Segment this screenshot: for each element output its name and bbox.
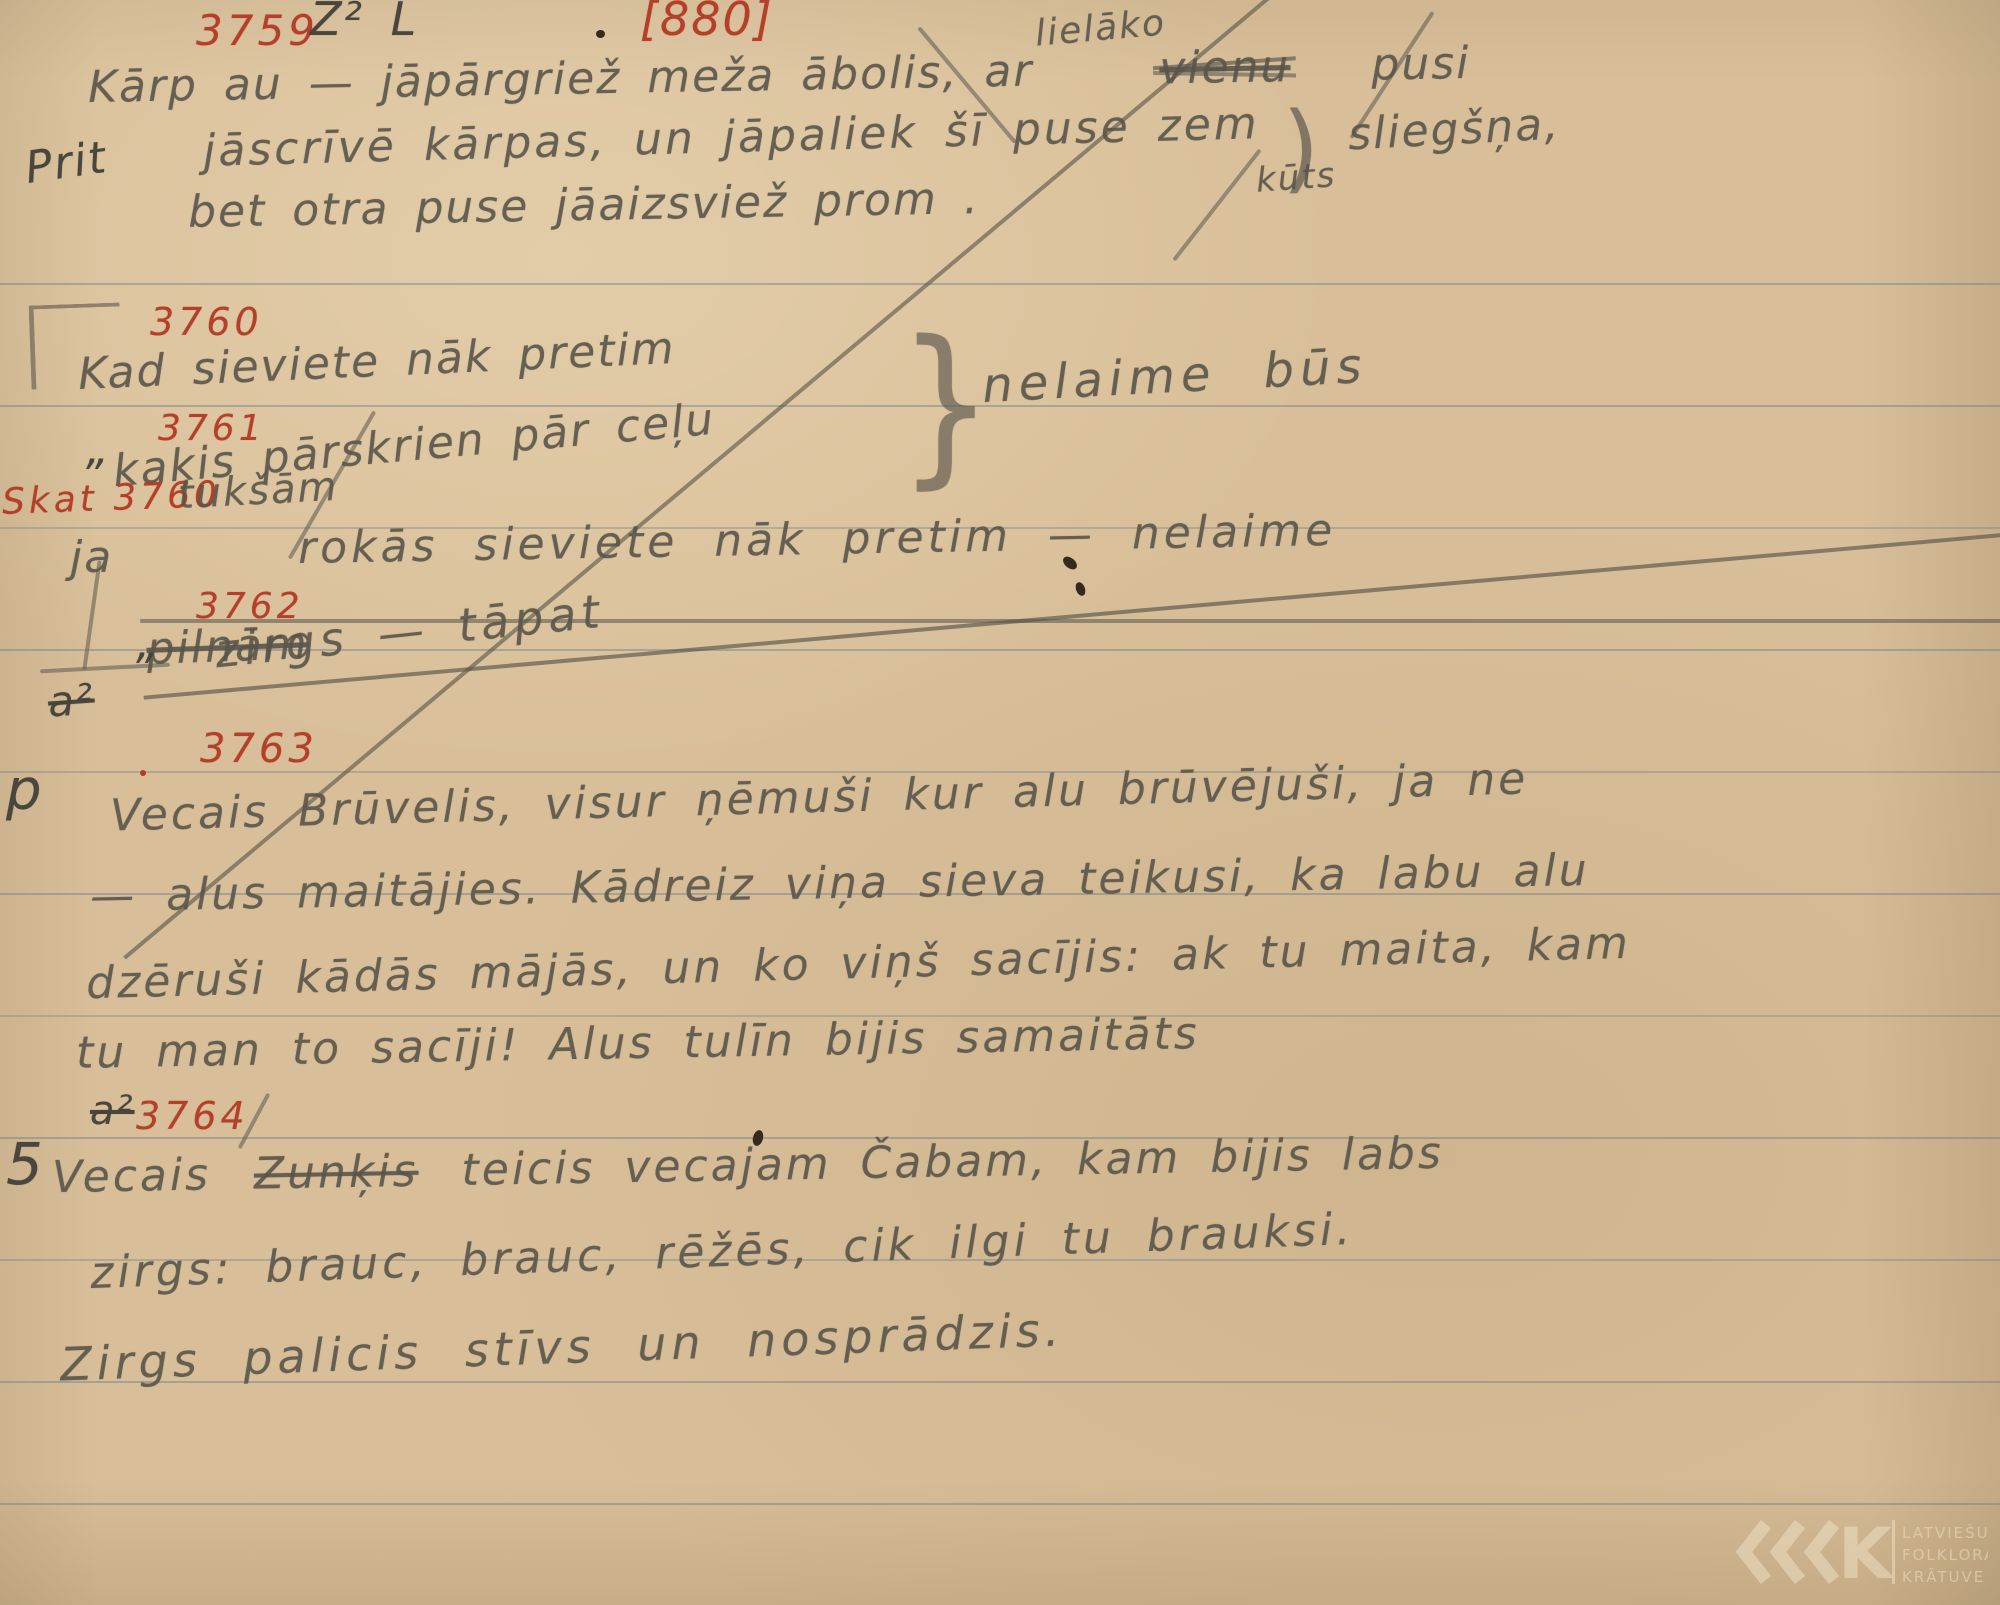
ditto-mark: „ — [136, 618, 161, 669]
entry-number-3759: 3759 — [196, 6, 319, 55]
watermark-divider — [1892, 1520, 1895, 1584]
ruled-line — [0, 1503, 2000, 1505]
crossref-text-a: ja — [70, 532, 113, 583]
chevrons-icon — [1744, 1524, 1834, 1580]
grouping-brace: } — [898, 305, 995, 505]
margin-mark-5: 5 — [6, 1130, 45, 1198]
margin-mark-a2: a² — [90, 1088, 135, 1134]
watermark-text-line3: KRĀTUVE — [1902, 1568, 1985, 1586]
entry-number-3764: 3764 — [136, 1094, 249, 1138]
ditto-mark: „ — [86, 424, 111, 475]
entry-number-3763: 3763 — [200, 726, 318, 772]
margin-mark-p: p — [6, 758, 44, 823]
watermark-letter-k: K — [1838, 1513, 1895, 1595]
line-text-a: Vecais — [52, 1149, 212, 1203]
watermark-text-line1: LATVIEŠU — [1902, 1523, 1988, 1542]
watermark-text-line2: FOLKLORAS — [1902, 1546, 1988, 1564]
manuscript-page: Prit 3759 Z² L [880] lielāko Kārp au — j… — [0, 0, 2000, 1605]
classification-code: Z² L — [310, 0, 418, 46]
archive-watermark: K LATVIEŠU FOLKLORAS KRĀTUVE — [1732, 1512, 1988, 1602]
struck-word-vienu: vienu — [1159, 41, 1291, 94]
line1-text-b: pusi — [1371, 38, 1471, 91]
ruled-line — [0, 283, 2000, 285]
red-ink-speck — [140, 770, 146, 776]
ink-smudge — [596, 30, 605, 38]
margin-mark-a2: a² — [46, 674, 96, 726]
struck-word-zunkis: Zunķis — [254, 1146, 419, 1200]
page-reference: [880] — [640, 0, 774, 46]
inserted-word-kuts: kūts — [1255, 155, 1338, 201]
entry-number-3760: 3760 — [150, 300, 263, 344]
